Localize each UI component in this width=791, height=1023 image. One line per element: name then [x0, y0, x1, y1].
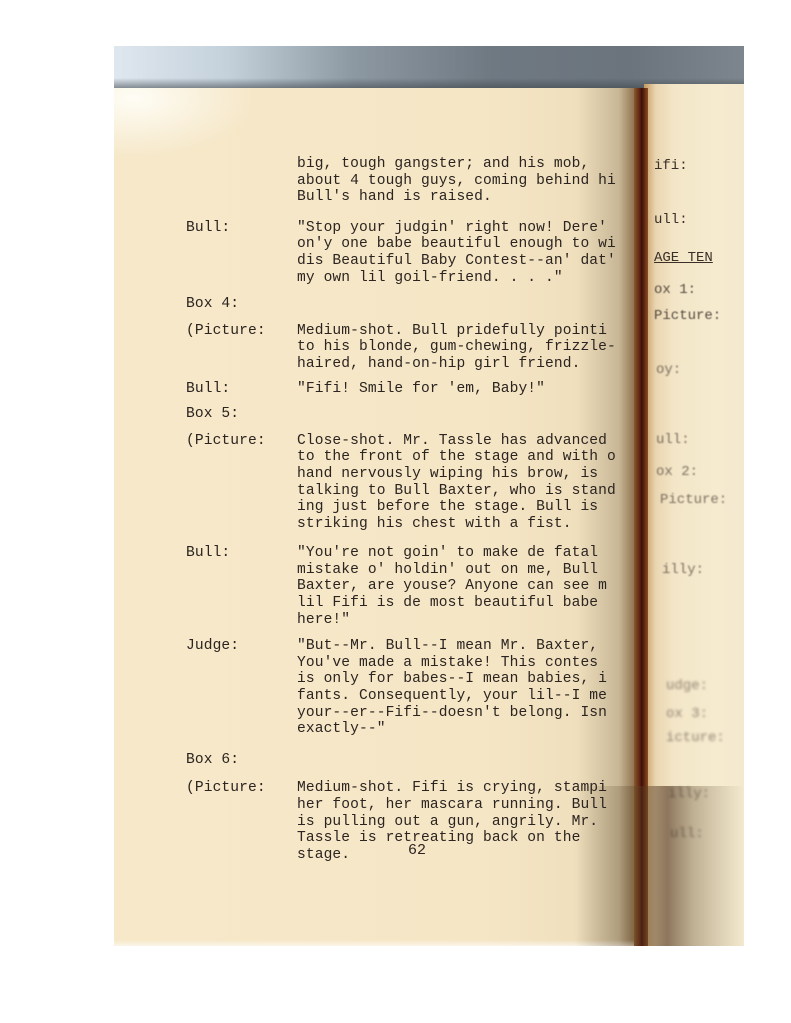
- script-line: "You're not goin' to make de fatal: [297, 545, 656, 562]
- speaker-label: Box 5:: [186, 406, 296, 423]
- script-block: Box 6:: [186, 752, 656, 769]
- speaker-label: Picture:: [654, 308, 721, 324]
- speaker-label: Bull:: [186, 220, 296, 237]
- script-line: is pulling out a gun, angrily. Mr.: [297, 814, 656, 831]
- script-block: Box 5:: [186, 406, 656, 423]
- speaker-label: icture:: [666, 730, 725, 746]
- script-line: haired, hand-on-hip girl friend.: [297, 356, 656, 373]
- page-number: 62: [408, 842, 426, 859]
- script-line: to the front of the stage and with o: [297, 449, 656, 466]
- speaker-label: illy:: [662, 562, 704, 578]
- script-line: her foot, her mascara running. Bull: [297, 797, 656, 814]
- script-block: (Picture:Close-shot. Mr. Tassle has adva…: [186, 433, 656, 533]
- script-line: "But--Mr. Bull--I mean Mr. Baxter,: [297, 638, 656, 655]
- script-line: lil Fifi is de most beautiful babe: [297, 595, 656, 612]
- script-block: Bull:"Fifi! Smile for 'em, Baby!": [186, 381, 656, 398]
- left-page-script-text: big, tough gangster; and his mob,about 4…: [186, 156, 656, 863]
- speaker-label: Box 4:: [186, 296, 296, 313]
- speaker-label: (Picture:: [186, 780, 296, 797]
- script-line: on'y one babe beautiful enough to wi: [297, 236, 656, 253]
- scanner-lid-shadow: [114, 46, 744, 88]
- script-line: exactly--": [297, 721, 656, 738]
- speaker-label: Judge:: [186, 638, 296, 655]
- script-block: Bull:"Stop your judgin' right now! Dere'…: [186, 220, 656, 286]
- script-block: Box 4:: [186, 296, 656, 313]
- script-block: (Picture:Medium-shot. Bull pridefully po…: [186, 323, 656, 373]
- script-line: my own lil goil-friend. . . .": [297, 270, 656, 287]
- speaker-label: illy:: [668, 786, 710, 802]
- script-line: hand nervously wiping his brow, is: [297, 466, 656, 483]
- script-block: big, tough gangster; and his mob,about 4…: [186, 156, 656, 206]
- speaker-label: Bull:: [186, 545, 296, 562]
- script-line: fants. Consequently, your lil--I me: [297, 688, 656, 705]
- speaker-label: ull:: [656, 432, 690, 448]
- speaker-label: ox 3:: [666, 706, 708, 722]
- speaker-label: ifi:: [654, 158, 688, 174]
- script-line: stage.: [297, 847, 656, 864]
- script-line: Baxter, are youse? Anyone can see m: [297, 578, 656, 595]
- speaker-label: Bull:: [186, 381, 296, 398]
- script-line: talking to Bull Baxter, who is stand: [297, 483, 656, 500]
- speaker-label: ull:: [654, 212, 688, 228]
- script-line: Tassle is retreating back on the: [297, 830, 656, 847]
- page-heading: AGE TEN: [654, 250, 713, 266]
- script-line: "Stop your judgin' right now! Dere': [297, 220, 656, 237]
- speaker-label: (Picture:: [186, 323, 296, 340]
- script-line: about 4 tough guys, coming behind hi: [297, 173, 656, 190]
- script-line: Medium-shot. Bull pridefully pointi: [297, 323, 656, 340]
- script-line: here!": [297, 612, 656, 629]
- speaker-label: udge:: [666, 678, 708, 694]
- script-line: to his blonde, gum-chewing, frizzle-: [297, 339, 656, 356]
- speaker-label: Box 6:: [186, 752, 296, 769]
- script-block: Bull:"You're not goin' to make de fatalm…: [186, 545, 656, 628]
- script-line: mistake o' holdin' out on me, Bull: [297, 562, 656, 579]
- script-line: You've made a mistake! This contes: [297, 655, 656, 672]
- speaker-label: oy:: [656, 362, 681, 378]
- script-line: "Fifi! Smile for 'em, Baby!": [297, 381, 656, 398]
- script-line: striking his chest with a fist.: [297, 516, 656, 533]
- scanned-book-spread: big, tough gangster; and his mob,about 4…: [114, 46, 744, 946]
- script-line: Close-shot. Mr. Tassle has advanced: [297, 433, 656, 450]
- script-line: ing just before the stage. Bull is: [297, 499, 656, 516]
- script-line: is only for babes--I mean babies, i: [297, 671, 656, 688]
- script-line: big, tough gangster; and his mob,: [297, 156, 656, 173]
- script-line: Bull's hand is raised.: [297, 189, 656, 206]
- speaker-label: ox 2:: [656, 464, 698, 480]
- script-block: Judge:"But--Mr. Bull--I mean Mr. Baxter,…: [186, 638, 656, 738]
- speaker-label: Picture:: [660, 492, 727, 508]
- script-line: your--er--Fifi--doesn't belong. Isn: [297, 705, 656, 722]
- speaker-label: ox 1:: [654, 282, 696, 298]
- speaker-label: (Picture:: [186, 433, 296, 450]
- script-line: dis Beautiful Baby Contest--an' dat': [297, 253, 656, 270]
- speaker-label: ull:: [670, 826, 704, 842]
- script-line: Medium-shot. Fifi is crying, stampi: [297, 780, 656, 797]
